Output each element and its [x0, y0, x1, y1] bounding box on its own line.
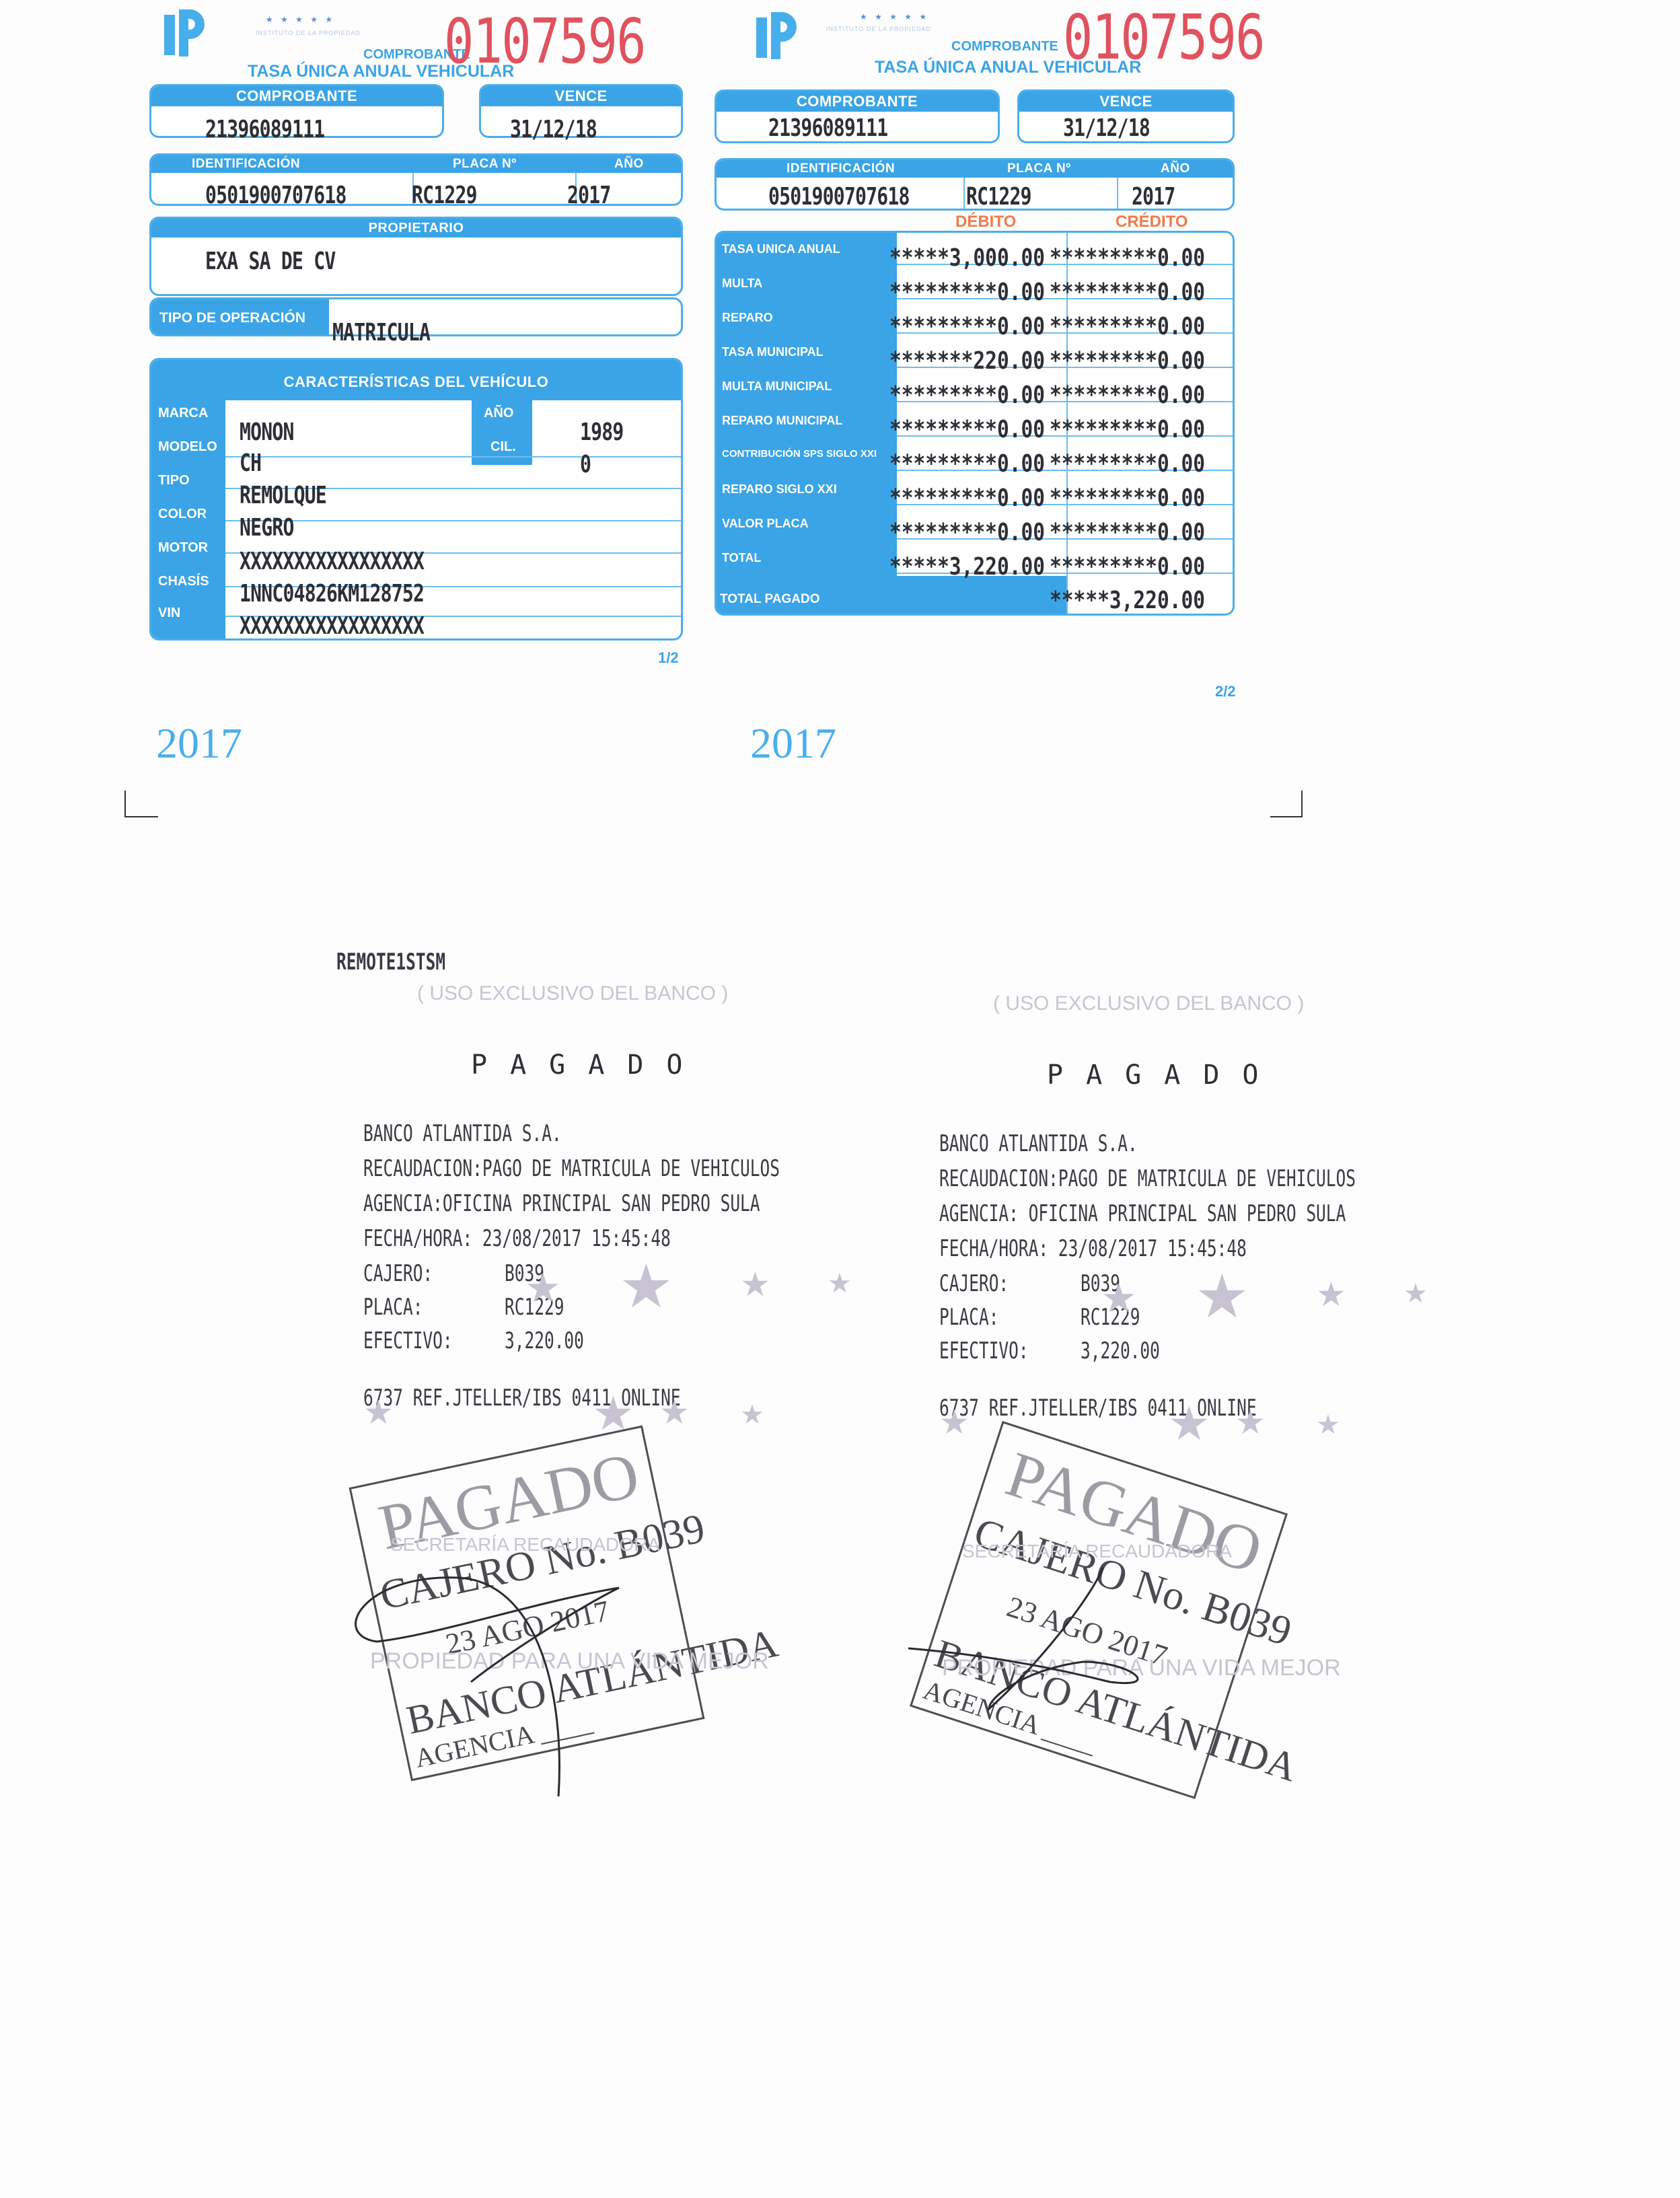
- cajero-label: CAJERO:: [939, 1270, 1009, 1297]
- stamp-watermark-top: SECRETARÍA RECAUDADORA: [390, 1534, 660, 1555]
- propietario-value: EXA SA DE CV: [205, 248, 336, 275]
- watermark-star-icon: ★: [828, 1268, 852, 1299]
- vehiculo-value: CH: [240, 449, 261, 477]
- receipt-line: AGENCIA: OFICINA PRINCIPAL SAN PEDRO SUL…: [939, 1200, 1346, 1227]
- vehiculo-value: XXXXXXXXXXXXXXXXX: [240, 548, 424, 575]
- row-divider: [897, 504, 1233, 505]
- signature: [336, 1561, 713, 1803]
- bank-use-caption: ( USO EXCLUSIVO DEL BANCO ): [993, 992, 1304, 1015]
- placa-value: RC1229: [412, 182, 477, 209]
- cargo-debito: *********0.00: [889, 450, 1045, 478]
- comprobante-caption: COMPROBANTE: [951, 39, 1058, 54]
- receipt-line: AGENCIA:OFICINA PRINCIPAL SAN PEDRO SULA: [363, 1190, 760, 1217]
- operacion-label: TIPO DE OPERACIÓN: [159, 310, 305, 326]
- vehiculo-label: CHASÍS: [158, 574, 209, 589]
- placa-value: RC1229: [966, 183, 1031, 211]
- signature: [908, 1568, 1285, 1810]
- efectivo-label: EFECTIVO:: [939, 1338, 1029, 1364]
- cargo-credito: *********0.00: [1050, 244, 1205, 272]
- cargo-credito: *********0.00: [1050, 313, 1205, 340]
- crop-mark-left: [124, 791, 126, 817]
- cargo-debito: *********0.00: [889, 313, 1045, 340]
- comprobante-header: COMPROBANTE: [717, 91, 998, 112]
- header-stars: ★ ★ ★ ★ ★: [266, 15, 335, 24]
- cargo-label: MULTA MUNICIPAL: [722, 379, 832, 394]
- form-number: 0107596: [1063, 1, 1264, 73]
- identificacion-value: 0501900707618: [768, 183, 910, 211]
- year-mark-left: 2017: [156, 719, 242, 768]
- cargo-label: REPARO MUNICIPAL: [722, 414, 842, 428]
- watermark-star-icon: ★: [740, 1265, 770, 1304]
- watermark-star-icon: ★: [1316, 1409, 1340, 1440]
- vehiculo-value: NEGRO: [240, 514, 294, 542]
- crop-mark-right-h: [1270, 816, 1303, 817]
- vehiculo-anio-label: AÑO: [484, 406, 513, 421]
- cargo-credito: *********0.00: [1050, 279, 1205, 306]
- vehiculo-value: XXXXXXXXXXXXXXXXX: [240, 612, 424, 640]
- receipt-line: FECHA/HORA: 23/08/2017 15:45:48: [939, 1235, 1247, 1262]
- form-title: TASA ÚNICA ANUAL VEHICULAR: [248, 62, 514, 81]
- watermark-star-icon: ★: [1195, 1261, 1249, 1332]
- cargos-table: TASA UNICA ANUALMULTAREPAROTASA MUNICIPA…: [715, 231, 1235, 616]
- cargo-credito: *********0.00: [1050, 450, 1205, 478]
- bank-use-caption: ( USO EXCLUSIVO DEL BANCO ): [417, 982, 728, 1005]
- crop-mark-left-h: [124, 816, 158, 817]
- header-stars: ★ ★ ★ ★ ★: [860, 12, 929, 22]
- vence-value: 31/12/18: [510, 116, 597, 143]
- cargo-label: REPARO: [722, 311, 773, 325]
- row-divider: [897, 435, 1233, 437]
- anio-value: 2017: [1132, 183, 1175, 211]
- watermark-star-icon: ★: [740, 1399, 764, 1430]
- year-mark-right: 2017: [750, 719, 836, 768]
- anio-value: 2017: [567, 182, 611, 209]
- operacion-value: MATRICULA: [332, 319, 430, 346]
- ip-logo-icon: [754, 8, 801, 61]
- vehiculo-label: TIPO: [158, 473, 190, 488]
- total-pagado-label: TOTAL PAGADO: [720, 592, 819, 607]
- cargo-label: VALOR PLACA: [722, 517, 809, 531]
- cargo-debito: *********0.00: [889, 279, 1045, 306]
- vehiculo-label: MODELO: [158, 439, 217, 455]
- cargo-debito: *********0.00: [889, 416, 1045, 443]
- watermark-star-icon: ★: [1403, 1278, 1428, 1309]
- cargo-debito: *******220.00: [889, 347, 1045, 375]
- identificacion-value: 0501900707618: [205, 182, 346, 209]
- cargo-debito: *********0.00: [889, 484, 1045, 512]
- page-number-left: 1/2: [658, 649, 679, 667]
- vehiculo-cil-value: 0: [580, 451, 591, 478]
- cargo-debito: *****3,000.00: [889, 244, 1045, 272]
- vehiculo-cil-label: CIL.: [490, 439, 516, 455]
- row-divider: [897, 298, 1233, 299]
- watermark-star-icon: ★: [939, 1403, 970, 1442]
- watermark-star-icon: ★: [363, 1393, 394, 1432]
- stamp-watermark-top: SECRETARÍA RECAUDADORA: [962, 1541, 1232, 1562]
- cargo-credito: *********0.00: [1050, 553, 1205, 581]
- row-divider: [897, 367, 1233, 368]
- placa-label: PLACA:: [939, 1304, 998, 1331]
- watermark-star-icon: ★: [659, 1393, 690, 1432]
- vehiculo-value: 1NNC04826KM128752: [240, 580, 424, 608]
- cargo-credito: *********0.00: [1050, 484, 1205, 512]
- vence-value: 31/12/18: [1063, 114, 1150, 142]
- placa-header: PLACA Nº: [1007, 159, 1071, 179]
- efectivo-value: 3,220.00: [1081, 1338, 1160, 1364]
- cargo-debito: *********0.00: [889, 381, 1045, 409]
- row-divider: [897, 264, 1233, 265]
- vehiculo-value: MONON: [240, 418, 294, 446]
- cargo-label: MULTA: [722, 277, 762, 291]
- remote-id: REMOTE1STSM: [336, 949, 445, 976]
- vehiculo-anio-value: 1989: [580, 418, 624, 446]
- watermark-star-icon: ★: [619, 1251, 673, 1322]
- anio-header: AÑO: [1161, 159, 1190, 179]
- comprobante-box: COMPROBANTE: [715, 89, 1000, 143]
- receipt-line: FECHA/HORA: 23/08/2017 15:45:48: [363, 1225, 671, 1252]
- cargo-credito: *********0.00: [1050, 519, 1205, 546]
- vence-header: VENCE: [481, 86, 681, 106]
- cargo-label: TASA MUNICIPAL: [722, 345, 824, 359]
- total-pagado-value: *****3,220.00: [1050, 587, 1205, 614]
- row-divider: [897, 538, 1233, 540]
- vence-header: VENCE: [1019, 91, 1233, 112]
- cargo-credito: *********0.00: [1050, 381, 1205, 409]
- comprobante-value: 21396089111: [205, 116, 324, 143]
- identificacion-header: IDENTIFICACIÓN: [787, 159, 895, 179]
- form-left: ★ ★ ★ ★ ★ INSTITUTO DE LA PROPIEDAD COMP…: [0, 0, 700, 774]
- cargo-credito: *********0.00: [1050, 416, 1205, 443]
- receipt-line: RECAUDACION:PAGO DE MATRICULA DE VEHICUL…: [363, 1155, 780, 1182]
- row-divider: [897, 470, 1233, 471]
- cargo-credito: *********0.00: [1050, 347, 1205, 375]
- watermark-star-icon: ★: [1316, 1275, 1346, 1314]
- watermark-star-icon: ★: [1168, 1396, 1210, 1451]
- cargo-label: TASA UNICA ANUAL: [722, 242, 840, 256]
- page-number-right: 2/2: [1215, 683, 1236, 700]
- comprobante-header: COMPROBANTE: [151, 86, 442, 106]
- identificacion-box: IDENTIFICACIÓN PLACA Nº AÑO: [715, 158, 1235, 211]
- crop-mark-right: [1301, 791, 1303, 817]
- receipt-line: RECAUDACION:PAGO DE MATRICULA DE VEHICUL…: [939, 1165, 1356, 1192]
- watermark-star-icon: ★: [525, 1265, 561, 1312]
- receipt-status: PAGADO: [1047, 1060, 1282, 1091]
- debito-header: DÉBITO: [955, 213, 1016, 231]
- form-title: TASA ÚNICA ANUAL VEHICULAR: [875, 58, 1141, 77]
- placa-label: PLACA:: [363, 1294, 423, 1321]
- cargo-label: REPARO SIGLO XXI: [722, 482, 837, 497]
- watermark-star-icon: ★: [1235, 1403, 1266, 1442]
- row-divider: [897, 573, 1233, 574]
- cargo-debito: *********0.00: [889, 519, 1045, 546]
- receipt-line: BANCO ATLANTIDA S.A.: [939, 1130, 1138, 1157]
- row-divider: [897, 401, 1233, 402]
- cargo-debito: *****3,220.00: [889, 553, 1045, 581]
- ip-logo-icon: [161, 5, 209, 58]
- credito-header: CRÉDITO: [1116, 213, 1188, 231]
- anio-header: AÑO: [614, 154, 644, 174]
- vehiculo-value: REMOLQUE: [240, 482, 326, 509]
- cargo-label: CONTRIBUCIÓN SPS SIGLO XXI: [722, 448, 877, 460]
- vehiculo-label: COLOR: [158, 507, 207, 522]
- receipt-status: PAGADO: [471, 1050, 706, 1080]
- institute-name: INSTITUTO DE LA PROPIEDAD: [826, 26, 931, 32]
- vehiculo-header: CARACTERÍSTICAS DEL VEHÍCULO: [151, 372, 681, 392]
- placa-header: PLACA Nº: [453, 154, 517, 174]
- efectivo-label: EFECTIVO:: [363, 1327, 453, 1354]
- receipt-line: BANCO ATLANTIDA S.A.: [363, 1120, 562, 1147]
- propietario-header: PROPIETARIO: [151, 219, 681, 237]
- identificacion-header: IDENTIFICACIÓN: [192, 154, 300, 174]
- institute-name: INSTITUTO DE LA PROPIEDAD: [256, 30, 361, 36]
- vehiculo-label: VIN: [158, 606, 180, 621]
- vehiculo-label: MOTOR: [158, 540, 208, 556]
- row-divider: [897, 332, 1233, 334]
- vehiculo-label: MARCA: [158, 406, 208, 421]
- comprobante-value: 21396089111: [768, 114, 887, 142]
- efectivo-value: 3,220.00: [505, 1327, 584, 1354]
- watermark-star-icon: ★: [1101, 1275, 1137, 1322]
- vence-box: VENCE: [1017, 89, 1235, 143]
- cajero-label: CAJERO:: [363, 1260, 433, 1287]
- cargo-label: TOTAL: [722, 551, 761, 565]
